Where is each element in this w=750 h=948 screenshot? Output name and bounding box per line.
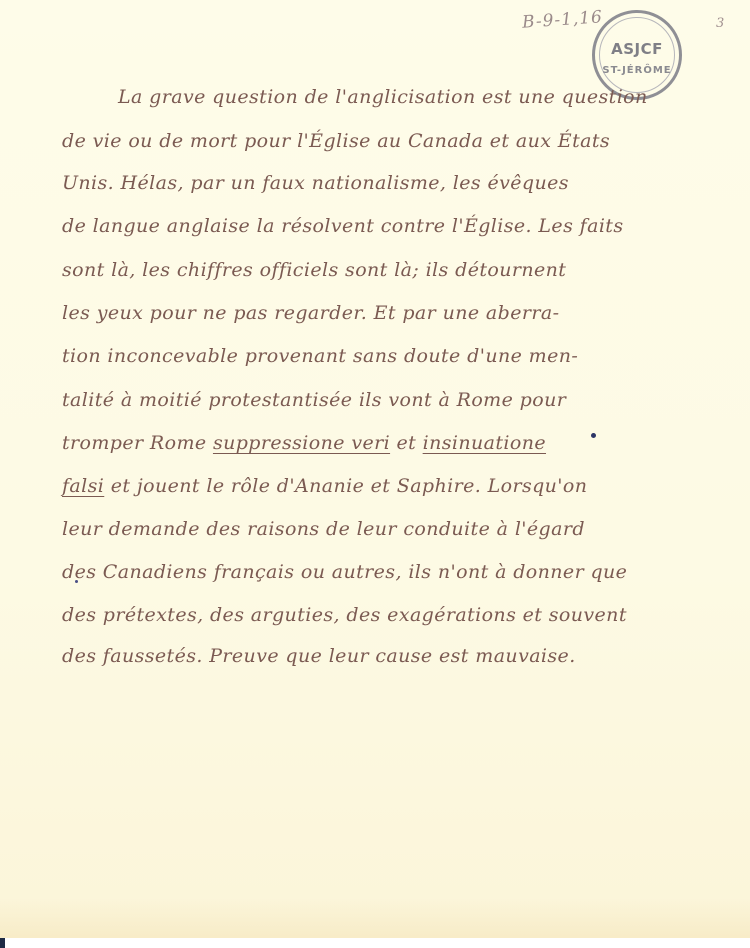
letter-line-6: les yeux pour ne pas regarder. Et par un… <box>62 302 559 324</box>
letter-line-14: des faussetés. Preuve que leur cause est… <box>62 645 576 667</box>
letter-line-5: sont là, les chiffres officiels sont là;… <box>62 259 566 281</box>
letter-line-1: La grave question de l'anglicisation est… <box>118 86 648 108</box>
letter-line-3: Unis. Hélas, par un faux nationalisme, l… <box>62 172 569 194</box>
line-10-rest: et jouent le rôle d'Ananie et Saphire. L… <box>104 475 587 497</box>
ink-spot-small <box>75 580 78 583</box>
letter-line-9: tromper Rome suppressione veri et insinu… <box>62 432 546 454</box>
ink-spot <box>591 433 596 438</box>
line-9-mid: et <box>390 432 423 454</box>
letter-line-11: leur demande des raisons de leur conduit… <box>62 518 585 540</box>
letter-line-13: des prétextes, des arguties, des exagéra… <box>62 604 627 626</box>
latin-phrase-underlined-1: suppressione veri <box>213 432 390 454</box>
letter-line-10: falsi et jouent le rôle d'Ananie et Saph… <box>62 475 587 497</box>
latin-phrase-underlined-3: falsi <box>62 475 104 497</box>
letter-line-12: des Canadiens français ou autres, ils n'… <box>62 561 627 583</box>
letter-line-2: de vie ou de mort pour l'Église au Canad… <box>62 130 610 152</box>
line-9-start: tromper Rome <box>62 432 213 454</box>
latin-phrase-underlined-2: insinuatione <box>423 432 546 454</box>
letter-line-7: tion inconcevable provenant sans doute d… <box>62 345 578 367</box>
handwritten-letter-body: La grave question de l'anglicisation est… <box>0 0 750 938</box>
letter-line-4: de langue anglaise la résolvent contre l… <box>62 215 624 237</box>
scan-edge-mark <box>0 938 5 948</box>
letter-line-8: talité à moitié protestantisée ils vont … <box>62 389 566 411</box>
